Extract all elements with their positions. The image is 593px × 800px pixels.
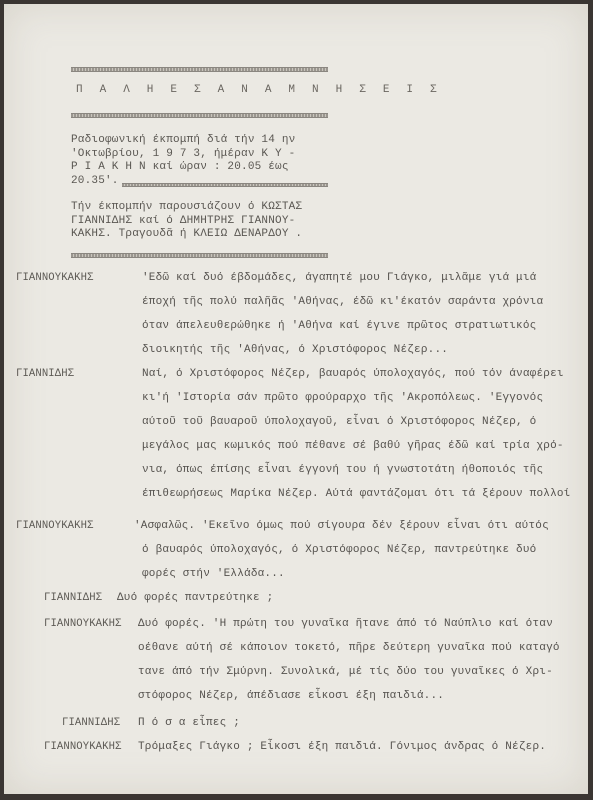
dialogue-line: Τρόμαξες Γιάγκο ; Εἶκοσι έξη παιδιά. Γόν… — [138, 741, 546, 753]
dialogue-line: μεγάλος μας κωμικός πού πέθανε σέ βαθύ γ… — [142, 440, 564, 452]
document-page: Π Α Λ Η Ε Σ Α Ν Α Μ Ν Η Σ Ε Ι Σ Ραδιοφων… — [4, 4, 588, 794]
dialogue-line: όταν άπελευθερώθηκε ή 'Αθήνα καί έγινε π… — [142, 320, 536, 332]
speaker-label: ΓΙΑΝΝΟΥΚΑΚΗΣ — [16, 520, 94, 532]
document-title: Π Α Λ Η Ε Σ Α Ν Α Μ Ν Η Σ Ε Ι Σ — [76, 84, 442, 96]
presenters-line: ΓΙΑΝΝΙΔΗΣ καί ό ΔΗΜΗΤΡΗΣ ΓΙΑΝΝΟΥ- — [71, 215, 302, 229]
speaker-label: ΓΙΑΝΝΙΔΗΣ — [16, 368, 74, 380]
dialogue-line: έπιθεωρήσεως Μαρίκα Νέζερ. Αύτά φαντάζομ… — [142, 488, 570, 500]
speaker-label: ΓΙΑΝΝΙΔΗΣ — [62, 717, 120, 729]
dialogue-line: κι'ή 'Ιστορία σάν πρῶτο φρούραρχο τῆς 'Α… — [142, 392, 543, 404]
presenters-line: ΚΑΚΗΣ. Τραγουδᾶ ή ΚΛΕΙΩ ΔΕΝΑΡΔΟΥ . — [71, 228, 302, 242]
dialogue-line: Δυό φορές παντρεύτηκε ; — [117, 592, 273, 604]
divider-after-presenters — [71, 253, 328, 258]
speaker-label: ΓΙΑΝΝΟΥΚΑΚΗΣ — [44, 741, 122, 753]
dialogue-line: Π ό σ α εἶπες ; — [138, 717, 240, 729]
presenters-info: Τήν έκπομπήν παρουσιάζουν ό ΚΩΣΤΑΣ ΓΙΑΝΝ… — [71, 201, 302, 242]
broadcast-info: Ραδιοφωνική έκπομπή διά τήν 14 ην 'Οκτωβ… — [71, 134, 295, 188]
dialogue-line: διοικητής τῆς 'Αθήνας, ό Χριστόφορος Νέζ… — [142, 344, 448, 356]
speaker-label: ΓΙΑΝΝΟΥΚΑΚΗΣ — [44, 618, 122, 630]
dialogue-line: ό βαυαρός ύπολοχαγός, ό Χριστόφορος Νέζε… — [142, 544, 536, 556]
broadcast-info-line: Ραδιοφωνική έκπομπή διά τήν 14 ην — [71, 134, 295, 148]
dialogue-line: έποχή τῆς πολύ παλῆᾶς 'Αθήνας, έδῶ κι'έκ… — [142, 296, 543, 308]
dialogue-line: 'Εδῶ καί δυό έβδομάδες, άγαπητέ μου Γιάγ… — [142, 272, 536, 284]
dialogue-line: τανε άπό τήν Σμύρνη. Συνολικά, μέ τίς δύ… — [138, 666, 553, 678]
dialogue-line: φορές στήν 'Ελλάδα... — [142, 568, 285, 580]
dialogue-line: οέθανε αύτή σέ κάποιον τοκετό, πῆρε δεύτ… — [138, 642, 560, 654]
dialogue-line: 'Ασφαλῶς. 'Εκεῖνο όμως πού σίγουρα δέν ξ… — [134, 520, 549, 532]
dialogue-line: στόφορος Νέζερ, άπέδιασε εἶκοσι έξη παιδ… — [138, 690, 444, 702]
presenters-line: Τήν έκπομπήν παρουσιάζουν ό ΚΩΣΤΑΣ — [71, 201, 302, 215]
dialogue-line: Δυό φορές. 'Η πρώτη του γυναῖκα ῆτανε άπ… — [138, 618, 553, 630]
speaker-label: ΓΙΑΝΝΙΔΗΣ — [44, 592, 102, 604]
broadcast-info-line: Ρ Ι Α Κ Η Ν καί ώραν : 20.05 έως — [71, 161, 295, 175]
divider-below-title — [71, 113, 328, 118]
divider-top — [71, 67, 328, 72]
divider-after-time — [122, 183, 328, 187]
speaker-label: ΓΙΑΝΝΟΥΚΑΚΗΣ — [16, 272, 94, 284]
dialogue-line: Ναί, ό Χριστόφορος Νέζερ, βαυαρός ύπολοχ… — [142, 368, 564, 380]
dialogue-line: νια, όπως έπίσης εἶναι έγγονή του ή γνωσ… — [142, 464, 543, 476]
broadcast-info-line: 'Οκτωβρίου, 1 9 7 3, ήμέραν Κ Υ - — [71, 148, 295, 162]
dialogue-line: αύτοῦ τοῦ βαυαροῦ ύπολοχαγοῦ, εἶναι ό Χρ… — [142, 416, 536, 428]
